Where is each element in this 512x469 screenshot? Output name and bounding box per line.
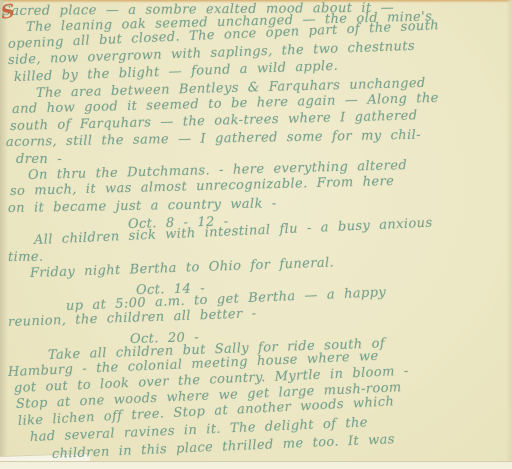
journal-page: Sacred place — a sombre exalted mood abo… [0, 0, 512, 469]
handwriting-block: Sacred place — a sombre exalted mood abo… [0, 4, 512, 463]
red-pencil-initial: S [0, 0, 16, 24]
